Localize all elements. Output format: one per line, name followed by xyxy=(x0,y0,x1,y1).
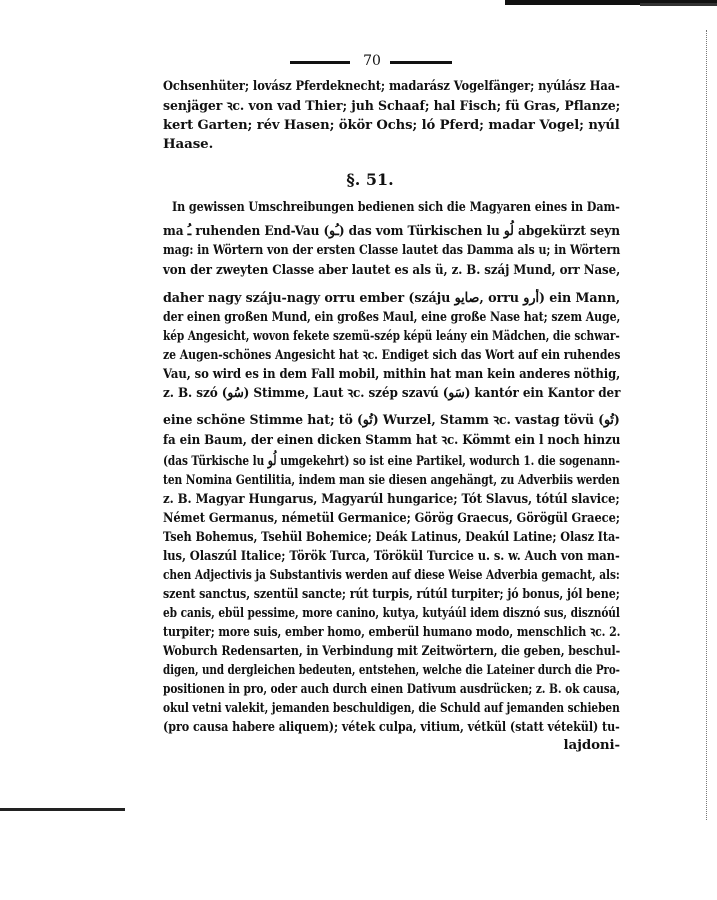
page-header: 70 xyxy=(290,53,470,71)
text-line: digen, und dergleichen bedeuten, entsteh… xyxy=(163,662,620,678)
text-line: In gewissen Umschreibungen bedienen sich… xyxy=(172,199,620,215)
scan-edge-bottom xyxy=(0,808,125,811)
text-line: mag: in Wörtern von der ersten Classe la… xyxy=(163,242,620,258)
text-line: Vau, so wird es in dem Fall mobil, mithi… xyxy=(163,366,620,382)
text-line: daher nagy száju-nagy orru ember (száju … xyxy=(163,290,620,306)
text-line: fa ein Baum, der einen dicken Stamm hat … xyxy=(163,432,620,448)
section-title: §. 51. xyxy=(330,170,410,189)
text-line: (das Türkische lu لُو umgekehrt) so ist … xyxy=(163,453,620,469)
text-line: von der zweyten Classe aber lautet es al… xyxy=(163,262,620,278)
text-line: turpiter; more suis, ember homo, emberül… xyxy=(163,624,620,640)
text-line: Woburch Redensarten, in Verbindung mit Z… xyxy=(163,643,620,659)
text-line: Német Germanus, németül Germanice; Görög… xyxy=(163,510,620,526)
header-rule-right xyxy=(390,61,452,64)
header-rule-left xyxy=(290,61,350,64)
text-line: Tseh Bohemus, Tsehül Bohemice; Deák Lati… xyxy=(163,529,620,545)
text-line: kép Angesicht, wovon fekete szemü-szép k… xyxy=(163,328,620,344)
text-line: positionen in pro, oder auch durch einen… xyxy=(163,681,620,697)
scanned-book-page: 70 Ochsenhüter; lovász Pferdeknecht; mad… xyxy=(0,0,717,900)
text-line: Haase. xyxy=(163,136,620,152)
text-line: szent sanctus, szentül sancte; rút turpi… xyxy=(163,586,620,602)
text-line: eine schöne Stimme hat; tö (تُو) Wurzel,… xyxy=(163,412,620,428)
text-line: eb canis, ebül pessime, more canino, kut… xyxy=(163,605,620,621)
text-line: ten Nomina Gentilitia, indem man sie die… xyxy=(163,472,620,488)
text-line: ma ـُ ruhenden End-Vau (ـُو) das vom Tür… xyxy=(163,223,620,239)
text-line: z. B. Magyar Hungarus, Magyarúl hungaric… xyxy=(163,491,620,507)
catchword: lajdoni- xyxy=(163,737,620,753)
text-line: senjäger ꝛc. von vad Thier; juh Schaaf; … xyxy=(163,98,620,114)
text-line: z. B. szó (سُو) Stimme, Laut ꝛc. szép sz… xyxy=(163,385,620,401)
text-line: ze Augen-schönes Angesicht hat ꝛc. Endig… xyxy=(163,347,620,363)
scan-edge-top-shadow xyxy=(640,3,717,6)
text-line: der einen großen Mund, ein großes Maul, … xyxy=(163,309,620,325)
scan-edge-right xyxy=(706,30,707,820)
text-line: chen Adjectivis ja Substantivis werden a… xyxy=(163,567,620,583)
page-number: 70 xyxy=(360,53,384,69)
text-line: lus, Olaszúl Italice; Török Turca, Török… xyxy=(163,548,620,564)
text-line: okul vetni valekit, jemanden beschuldige… xyxy=(163,700,620,716)
text-line: Ochsenhüter; lovász Pferdeknecht; madará… xyxy=(163,78,620,94)
text-line: (pro causa habere aliquem); vétek culpa,… xyxy=(163,719,620,735)
text-line: kert Garten; rév Hasen; ökör Ochs; ló Pf… xyxy=(163,117,620,133)
